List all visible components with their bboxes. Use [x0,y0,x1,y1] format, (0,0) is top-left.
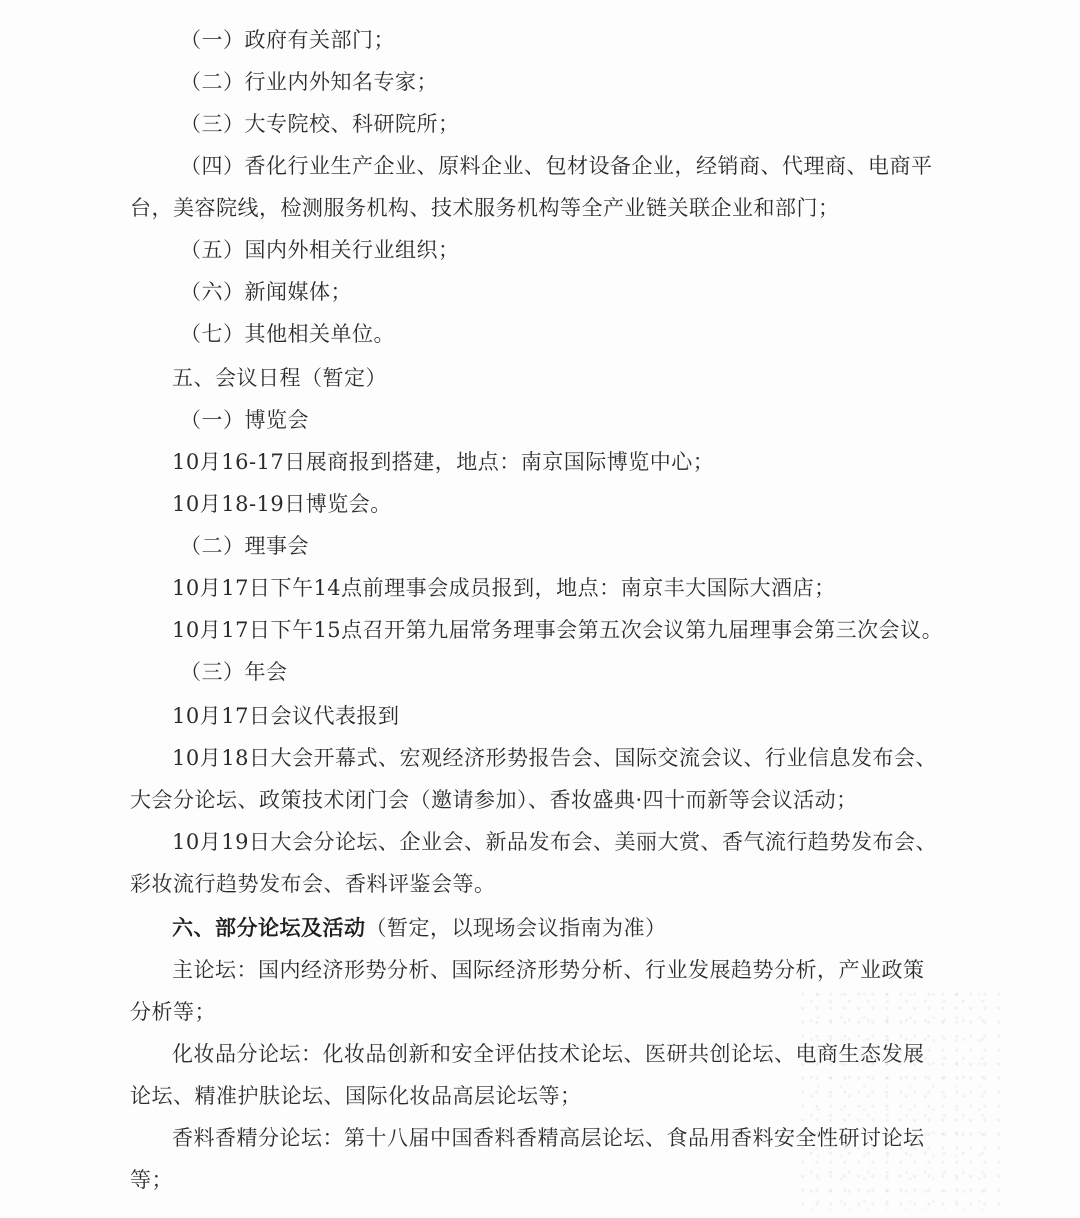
text-line: （四）香化行业生产企业、原料企业、包材设备企业，经销商、代理商、电商平 [180,152,933,180]
text-line: （一）政府有关部门； [180,26,395,54]
line-text: （五）国内外相关行业组织； [180,238,460,262]
document-page: （一）政府有关部门；（二）行业内外知名专家；（三）大专院校、科研院所；（四）香化… [0,0,1080,1218]
line-text: 分析等； [130,1000,216,1024]
line-text: 香料香精分论坛：第十八届中国香料香精高层论坛、食品用香料安全性研讨论坛 [172,1126,925,1150]
text-line: 10月19日大会分论坛、企业会、新品发布会、美丽大赏、香气流行趋势发布会、 [172,828,937,856]
text-line: 10月18-19日博览会。 [172,490,392,518]
text-line: 六、部分论坛及活动（暂定，以现场会议指南为准） [172,914,667,942]
text-line: （五）国内外相关行业组织； [180,236,460,264]
line-text: （二）行业内外知名专家； [180,70,438,94]
text-line: （二）行业内外知名专家； [180,68,438,96]
line-text: 10月17日下午14点前理事会成员报到，地点：南京丰大国际大酒店； [172,576,836,600]
text-line: 大会分论坛、政策技术闭门会（邀请参加）、香妆盛典·四十而新等会议活动； [130,786,858,814]
line-text: 五、会议日程（暂定） [172,366,387,390]
line-text: （一）博览会 [180,408,309,432]
text-line: 10月18日大会开幕式、宏观经济形势报告会、国际交流会议、行业信息发布会、 [172,744,937,772]
line-text: （一）政府有关部门； [180,28,395,52]
text-line: 等； [130,1166,173,1194]
line-text: 10月18日大会开幕式、宏观经济形势报告会、国际交流会议、行业信息发布会、 [172,746,937,770]
text-line: （二）理事会 [180,532,309,560]
line-text: 10月17日会议代表报到 [172,704,399,728]
line-text: 大会分论坛、政策技术闭门会（邀请参加）、香妆盛典·四十而新等会议活动； [130,788,858,812]
text-line: 10月17日下午14点前理事会成员报到，地点：南京丰大国际大酒店； [172,574,836,602]
line-text: （七）其他相关单位。 [180,322,395,346]
line-text: 10月19日大会分论坛、企业会、新品发布会、美丽大赏、香气流行趋势发布会、 [172,830,937,854]
text-line: 主论坛：国内经济形势分析、国际经济形势分析、行业发展趋势分析，产业政策 [172,956,925,984]
text-line: （一）博览会 [180,406,309,434]
line-text: 台，美容院线，检测服务机构、技术服务机构等全产业链关联企业和部门； [130,196,840,220]
line-text: （三）年会 [180,660,288,684]
text-line: （三）大专院校、科研院所； [180,110,460,138]
text-line: 10月17日下午15点召开第九届常务理事会第五次会议第九届理事会第三次会议。 [172,616,943,644]
text-line: 香料香精分论坛：第十八届中国香料香精高层论坛、食品用香料安全性研讨论坛 [172,1124,925,1152]
line-text: 化妆品分论坛：化妆品创新和安全评估技术论坛、医研共创论坛、电商生态发展 [172,1042,925,1066]
line-text: 主论坛：国内经济形势分析、国际经济形势分析、行业发展趋势分析，产业政策 [172,958,925,982]
text-line: 10月16-17日展商报到搭建，地点：南京国际博览中心； [172,448,714,476]
line-text: 10月16-17日展商报到搭建，地点：南京国际博览中心； [172,450,714,474]
line-text: 10月18-19日博览会。 [172,492,392,516]
line-text: （四）香化行业生产企业、原料企业、包材设备企业，经销商、代理商、电商平 [180,154,933,178]
line-text: （三）大专院校、科研院所； [180,112,460,136]
text-line: 五、会议日程（暂定） [172,364,387,392]
section-heading: 六、部分论坛及活动 [172,915,366,940]
scan-noise [800,990,1000,1210]
text-line: （六）新闻媒体； [180,278,352,306]
text-line: 论坛、精准护肤论坛、国际化妆品高层论坛等； [130,1082,582,1110]
text-line: 10月17日会议代表报到 [172,702,399,730]
text-line: 化妆品分论坛：化妆品创新和安全评估技术论坛、医研共创论坛、电商生态发展 [172,1040,925,1068]
text-line: （三）年会 [180,658,288,686]
line-text: 论坛、精准护肤论坛、国际化妆品高层论坛等； [130,1084,582,1108]
line-text: 10月17日下午15点召开第九届常务理事会第五次会议第九届理事会第三次会议。 [172,618,943,642]
text-line: （七）其他相关单位。 [180,320,395,348]
line-text: 等； [130,1168,173,1192]
line-text: （六）新闻媒体； [180,280,352,304]
line-text: （二）理事会 [180,534,309,558]
text-line: 彩妆流行趋势发布会、香料评鉴会等。 [130,870,496,898]
line-text: 彩妆流行趋势发布会、香料评鉴会等。 [130,872,496,896]
text-line: 分析等； [130,998,216,1026]
section-heading-note: （暂定，以现场会议指南为准） [366,916,667,940]
text-line: 台，美容院线，检测服务机构、技术服务机构等全产业链关联企业和部门； [130,194,840,222]
